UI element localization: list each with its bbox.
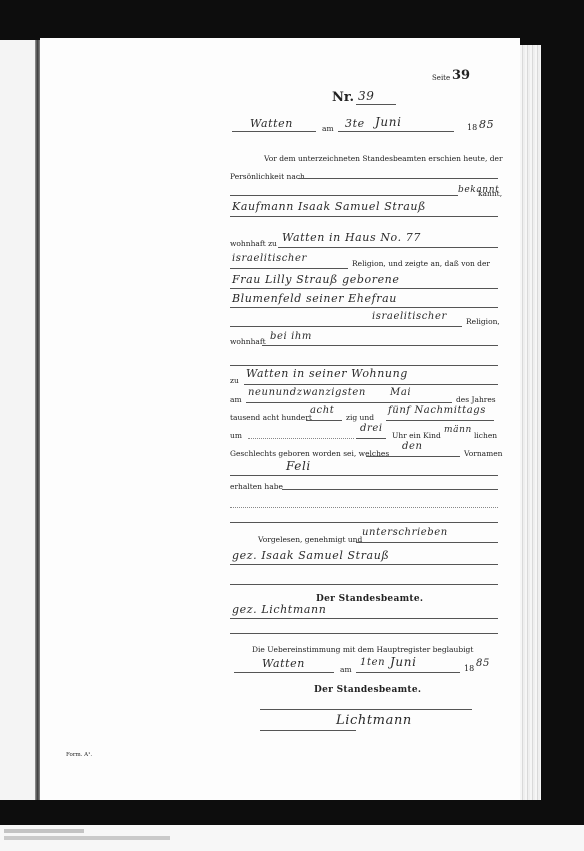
received-line [282,489,498,490]
record-label: Nr. [332,90,354,105]
received-label: erhalten habe [230,482,283,491]
cert-year-prefix: 18 [464,664,474,673]
time-value: drei [360,423,383,434]
time-prefix: um [230,431,242,440]
form-label: Form. A¹. [66,752,92,758]
name-article-line [366,456,460,457]
official-signature: gez. Lichtmann [232,603,326,616]
informant-signature-line [230,564,498,565]
religion-text-2: Religion, [466,317,500,326]
footer-metadata-line-2 [4,836,170,840]
name-label: Vornamen [464,449,503,458]
certification-text: Die Uebereinstimmung mit dem Hauptregist… [252,645,473,654]
place-line [244,384,498,385]
name-article: den [402,441,423,452]
blank-dotted-1 [230,507,498,508]
time-text: Uhr ein Kind [392,431,441,440]
official-heading: Der Standesbeamte. [316,594,423,604]
cert-place-line [234,672,334,673]
blank-line-1 [230,365,498,366]
place-value: Watten [250,117,293,130]
birth-date-line [246,402,452,403]
time-dotted [248,438,354,439]
read-value: unterschrieben [362,527,448,538]
official-2-top-line [260,709,472,710]
read-line [356,542,498,543]
certification-top-line [230,633,498,634]
residence-value: Watten in Haus No. 77 [282,231,421,244]
child-name-line [230,475,498,476]
mother-rule-2 [230,307,498,308]
date-day: 3te [345,117,365,130]
identity-prefix: Persönlichkeit nach [230,172,305,181]
blank-line-3 [230,584,498,585]
informant-signature: gez. Isaak Samuel Strauß [232,549,389,562]
cert-year-suffix: 85 [476,658,490,669]
religion-line-2 [230,326,462,327]
place-value: Watten in seiner Wohnung [246,367,408,380]
time-line [356,438,386,439]
birth-date-prefix: am [230,395,242,404]
identity-line-2 [230,195,458,196]
birth-day: neunundzwanzigsten [248,387,366,398]
intro-text: Vor dem unterzeichneten Standesbeamten e… [264,154,503,163]
religion-text-1: Religion, und zeigte an, daß von der [352,259,490,268]
blank-line-2 [230,522,498,523]
residence-line [278,247,498,248]
date-line [338,131,454,132]
religion-line-1 [230,268,348,269]
read-text: Vorgelesen, genehmigt und [258,535,362,544]
cert-day: 1ten [360,657,385,668]
child-name: Feli [286,459,311,473]
mother-line-2: Blumenfeld seiner Ehefrau [232,292,397,305]
record-number-line [356,104,396,105]
residence2-line [262,345,498,346]
informant-line [230,216,498,217]
informant-name: Kaufmann Isaak Samuel Strauß [232,200,426,213]
year-text-2: zig und [346,413,374,422]
year-unit: fünf Nachmittags [388,405,486,416]
year-prefix: 18 [467,123,477,132]
mother-rule-1 [230,288,498,289]
residence-prefix: wohnhaft zu [230,239,277,248]
date-month: Juni [375,115,402,129]
place-prefix: zu [230,376,239,385]
official-2-line [260,730,356,731]
cert-am: am [340,665,352,674]
page-number: 39 [452,68,470,83]
residence2-prefix: wohnhaft [230,337,266,346]
religion-value-2: israelitischer [372,311,447,322]
religion-value-1: israelitischer [232,253,307,264]
scan-footer [0,825,584,851]
residence2-value: bei ihm [270,331,312,342]
sex-suffix: lichen [474,431,497,440]
year-decade: acht [310,405,334,416]
am-label: am [322,124,334,133]
record-number: 39 [358,89,374,103]
official-heading-2: Der Standesbeamte. [314,685,421,695]
cert-date-line [356,672,460,673]
identity-suffix: kannt, [478,189,502,198]
place-line [232,131,316,132]
year-suffix: 85 [479,118,494,131]
year-unit-line [386,420,494,421]
identity-line-1 [298,178,498,179]
sex-value: männ [444,425,472,435]
official-signature-2: Lichtmann [336,713,412,728]
year-text-1: tausend acht hundert [230,413,312,422]
page-label: Seite [432,74,450,82]
birth-year-label: des Jahres [456,395,496,404]
cert-place: Watten [262,657,305,670]
birth-month: Mai [390,387,411,398]
left-page-edge [0,40,36,800]
cert-month: Juni [390,655,417,669]
year-decade-line [306,420,342,421]
mother-line-1: Frau Lilly Strauß geborene [232,273,399,286]
official-signature-line [230,618,498,619]
footer-metadata-line-1 [4,829,84,833]
